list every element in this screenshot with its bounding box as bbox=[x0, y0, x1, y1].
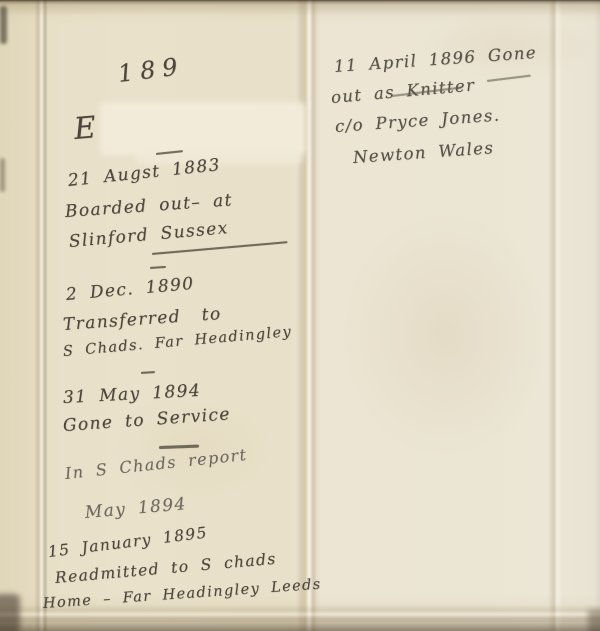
entry-line: Newton Wales bbox=[352, 138, 494, 167]
paper-top-edge bbox=[0, 0, 600, 16]
ink-underline bbox=[487, 75, 531, 82]
paper-edge-mark bbox=[0, 158, 5, 192]
right-crease bbox=[548, 0, 562, 631]
paper-stain bbox=[340, 210, 550, 460]
ink-dash-separator bbox=[159, 445, 199, 449]
entry-line: Transferred to bbox=[62, 304, 222, 335]
case-number: 189 bbox=[116, 52, 186, 88]
entry-line: Boarded out– at bbox=[64, 190, 233, 222]
corner-shadow bbox=[588, 610, 600, 631]
ink-flourish bbox=[152, 241, 288, 255]
entry-line: May 1894 bbox=[84, 494, 187, 523]
document-scan: 189 E 21 Augst 1883 Boarded out– at Slin… bbox=[0, 0, 600, 631]
entry-line: out as Knitter bbox=[330, 75, 476, 107]
entry-line: c/o Pryce Jones. bbox=[334, 105, 501, 136]
entry-line: 2 Dec. 1890 bbox=[65, 274, 195, 305]
entry-line: In S Chads report bbox=[64, 445, 248, 483]
ink-dash-separator bbox=[150, 266, 166, 269]
redaction-overlay bbox=[104, 106, 302, 151]
corner-shadow bbox=[0, 594, 20, 631]
paper-edge-mark bbox=[0, 6, 7, 44]
ink-dash-separator bbox=[141, 371, 155, 374]
left-spine-fold bbox=[34, 0, 48, 631]
entry-line: 11 April 1896 Gone bbox=[333, 43, 537, 76]
paper-bottom-edge bbox=[0, 620, 600, 631]
entry-line: Gone to Service bbox=[62, 404, 231, 436]
name-initial: E bbox=[72, 110, 98, 147]
entry-line: Slinford Sussex bbox=[68, 218, 229, 252]
center-fold bbox=[296, 0, 320, 631]
entry-line: 31 May 1894 bbox=[62, 381, 201, 408]
entry-line: 15 January 1895 bbox=[47, 523, 209, 560]
